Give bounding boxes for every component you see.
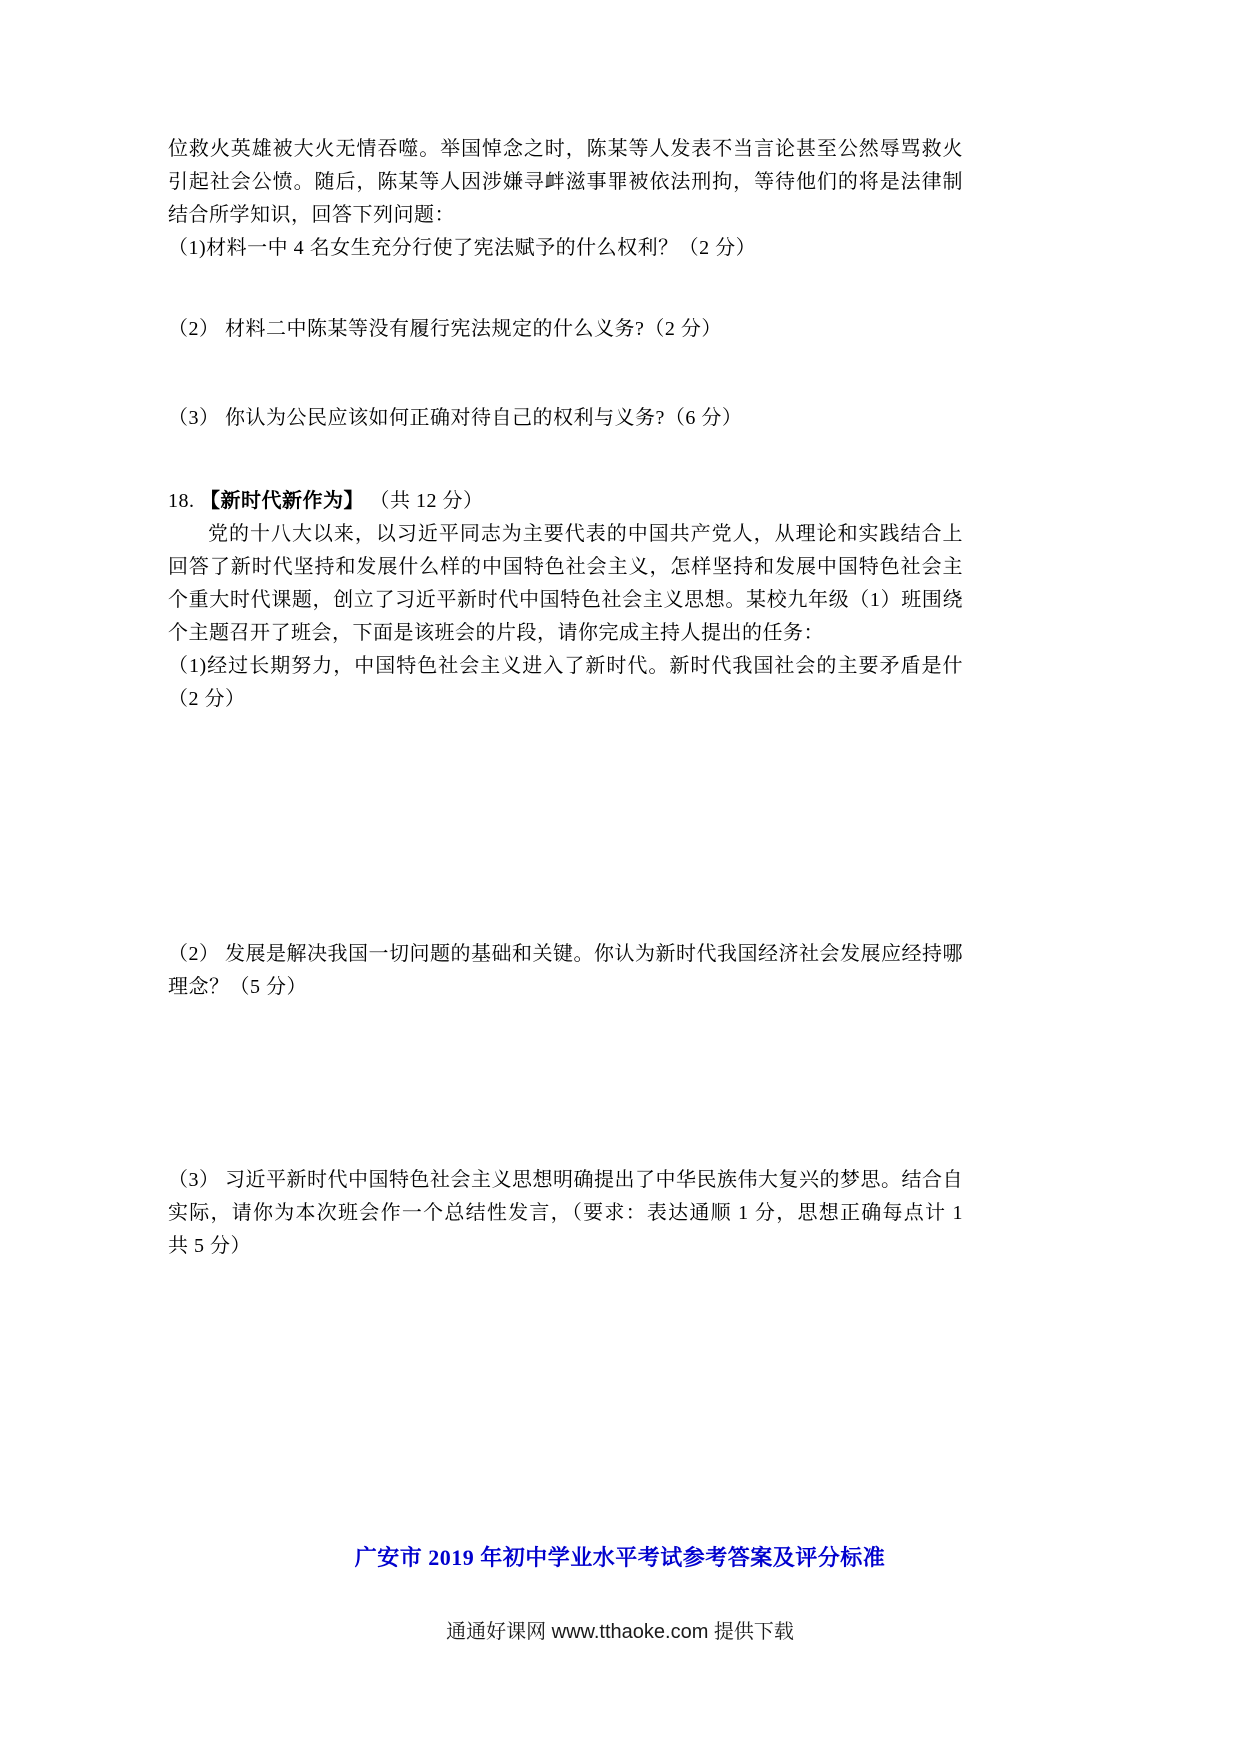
- q18-subquestion-1-line-1: （1)经过长期努力，中国特色社会主义进入了新时代。新时代我国社会的主要矛盾是什么…: [168, 650, 963, 683]
- q18-paragraph-line-4: 个主题召开了班会，下面是该班会的片段，请你完成主持人提出的任务：: [168, 617, 963, 650]
- q18-header: 18. 【新时代新作为】 （共 12 分）: [168, 485, 963, 518]
- q17-intro-line-3: 结合所学知识，回答下列问题：: [168, 199, 963, 232]
- q17-intro-line-1: 位救火英雄被大火无情吞噬。举国悼念之时，陈某等人发表不当言论甚至公然辱骂救火英雄…: [168, 133, 963, 166]
- q18-paragraph-line-1: 党的十八大以来，以习近平同志为主要代表的中国共产党人，从理论和实践结合上系统: [168, 518, 963, 551]
- q18-paragraph-line-3: 个重大时代课题，创立了习近平新时代中国特色社会主义思想。某校九年级（1）班围绕这: [168, 584, 963, 617]
- q18-score: （共 12 分）: [370, 490, 484, 512]
- q18-number: 18.: [168, 490, 195, 512]
- q18-title: 【新时代新作为】: [200, 490, 364, 512]
- q18-subquestion-2-line-2: 理念？（5 分）: [168, 971, 963, 1004]
- q17-subquestion-2: （2） 材料二中陈某等没有履行宪法规定的什么义务?（2 分）: [168, 313, 963, 346]
- site-watermark-footer: 通通好课网 www.tthaoke.com 提供下载: [0, 1616, 1240, 1649]
- q17-subquestion-1: （1)材料一中 4 名女生充分行使了宪法赋予的什么权利？（2 分）: [168, 232, 963, 265]
- q17-intro-line-2: 引起社会公愤。随后，陈某等人因涉嫌寻衅滋事罪被依法刑拘，等待他们的将是法律制裁。: [168, 166, 963, 199]
- q17-subquestion-3: （3） 你认为公民应该如何正确对待自己的权利与义务?（6 分）: [168, 402, 963, 435]
- exam-page-body: 位救火英雄被大火无情吞噬。举国悼念之时，陈某等人发表不当言论甚至公然辱骂救火英雄…: [168, 133, 963, 1263]
- q18-subquestion-2-line-1: （2） 发展是解决我国一切问题的基础和关键。你认为新时代我国经济社会发展应经持哪…: [168, 938, 963, 971]
- q18-subquestion-3-line-3: 共 5 分）: [168, 1230, 963, 1263]
- q18-subquestion-1-line-2: （2 分）: [168, 683, 963, 716]
- answer-key-heading: 广安市 2019 年初中学业水平考试参考答案及评分标准: [0, 1541, 1240, 1574]
- q18-paragraph-line-2: 回答了新时代坚持和发展什么样的中国特色社会主义，怎样坚持和发展中国特色社会主义这: [168, 551, 963, 584]
- q18-subquestion-3-line-2: 实际，请你为本次班会作一个总结性发言，（要求：表达通顺 1 分，思想正确每点计 …: [168, 1197, 963, 1230]
- q18-subquestion-3-line-1: （3） 习近平新时代中国特色社会主义思想明确提出了中华民族伟大复兴的梦思。结合自…: [168, 1164, 963, 1197]
